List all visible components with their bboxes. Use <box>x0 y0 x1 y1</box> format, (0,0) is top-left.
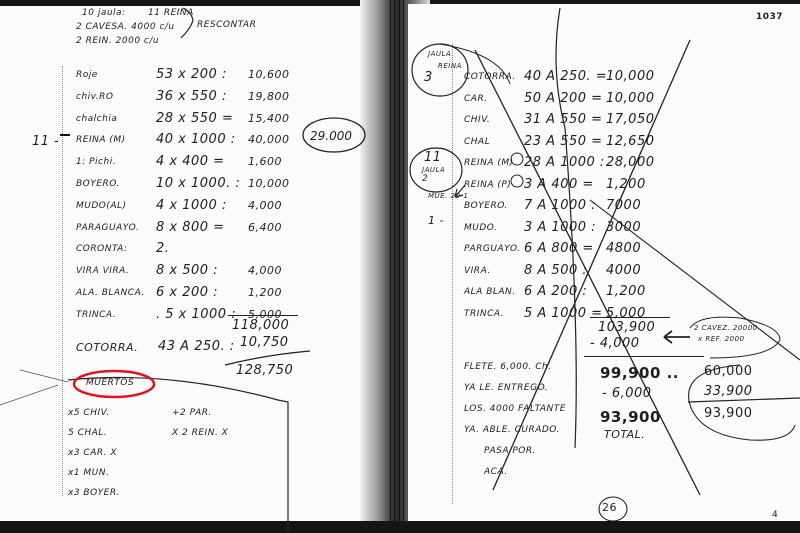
item-calc: 23 A 550 = <box>524 134 603 149</box>
note-line: PASA POR. <box>484 446 536 456</box>
right-total-label: TOTAL. <box>604 428 645 441</box>
right-total: 93,900 <box>600 408 661 426</box>
item-name: CAR. <box>464 94 488 104</box>
muertos-item: +2 PAR. <box>172 408 212 418</box>
item-total: 1,600 <box>248 155 282 168</box>
item-name: PARAGUAYO. <box>76 223 139 233</box>
left-notebook-page: 10 jaula: 11 REINA 2 CAVESA. 4000 c/u 2 … <box>0 6 372 526</box>
item-name: MUDO. <box>464 223 497 233</box>
item-total: 4800 <box>606 241 641 256</box>
spine-line <box>403 0 404 533</box>
margin-note-11: 11 - <box>32 134 59 149</box>
item-calc: 6 A 200 : <box>524 284 587 299</box>
side-box-line-1: 2 CAVEZ. 20000 <box>694 324 758 332</box>
item-name: chiv.RO <box>76 92 113 102</box>
item-name: VIRA VIRA. <box>76 266 129 276</box>
item-name: CHAL <box>464 137 490 147</box>
muertos-item: x3 CAR. X <box>68 448 117 458</box>
muertos-item: 5 CHAL. <box>68 428 107 438</box>
item-total: 10,000 <box>606 91 655 106</box>
item-calc: 6 A 800 = <box>524 241 594 256</box>
muertos-label: MUERTOS <box>86 378 134 388</box>
item-total: 6,400 <box>248 221 282 234</box>
cotorra-calc: 43 A 250. : <box>158 339 235 354</box>
left-grand-total: 128,750 <box>236 363 293 378</box>
rescontar-label: RESCONTAR <box>197 20 256 30</box>
item-name: BOYERO. <box>76 179 120 189</box>
item-name: REINA (M) <box>464 158 514 168</box>
circle-note-jaula: JAULA <box>428 50 451 58</box>
item-name: ALA. BLANCA. <box>76 288 145 298</box>
right-after-minus-1: 99,900 .. <box>600 364 679 382</box>
circle-note-2: 2 <box>422 174 428 184</box>
item-total: 12,650 <box>606 134 655 149</box>
circle-note-3: 3 <box>424 70 433 85</box>
item-total: 4000 <box>606 263 641 278</box>
right-minus-1: - 4,000 <box>590 336 640 351</box>
item-calc: 3 A 400 = <box>524 177 594 192</box>
item-total: 10,000 <box>248 177 290 190</box>
item-total: 28,000 <box>606 155 655 170</box>
spine-line <box>390 0 391 533</box>
item-total: 4,000 <box>248 199 282 212</box>
item-total: 19,800 <box>248 90 290 103</box>
item-calc: 31 A 550 = <box>524 112 603 127</box>
arrow-note-mue: MUE. 20-1 <box>428 192 468 200</box>
item-calc: 40 A 250. = <box>524 69 607 84</box>
right-subtotal: 103,900 <box>598 320 655 335</box>
item-name: CHIV. <box>464 115 490 125</box>
muertos-item: x3 BOYER. <box>68 488 120 498</box>
item-name: REINA (M) <box>76 135 126 145</box>
right-margin-line <box>452 44 453 504</box>
muertos-item: x5 CHIV. <box>68 408 110 418</box>
note-line: YA LE. ENTREGO. <box>464 383 548 393</box>
item-total: 10,000 <box>606 69 655 84</box>
side-calc-sum: 93,900 <box>704 406 753 421</box>
item-total: 4,000 <box>248 264 282 277</box>
item-calc: 8 x 500 : <box>156 263 218 278</box>
item-name: Roje <box>76 70 98 80</box>
item-name: MUDO(AL) <box>76 201 127 211</box>
item-calc: 8 A 500 : <box>524 263 587 278</box>
item-name: BOYERO. <box>464 201 508 211</box>
item-total: 1,200 <box>606 284 646 299</box>
item-name: REINA (P) <box>464 180 511 190</box>
note-line: FLETE. 6,000. Ch. <box>464 362 552 372</box>
right-minus-2: - 6,000 <box>602 386 652 401</box>
item-name: TRINCA. <box>464 309 504 319</box>
subtotal-underline <box>228 315 298 316</box>
item-name: PARGUAYO. <box>464 244 521 254</box>
dash-one-note: 1 - <box>428 214 444 227</box>
item-calc: 3 A 1000 : <box>524 220 596 235</box>
cotorra-name: COTORRA. <box>76 341 138 354</box>
item-calc: . 5 x 1000 : <box>156 307 236 322</box>
item-name: TRINCA. <box>76 310 116 320</box>
page-number-circled: 26 <box>602 501 617 514</box>
circle-note-11: 11 <box>424 150 442 165</box>
right-subtotal-underline <box>590 317 670 318</box>
scan-edge-bottom <box>0 521 800 533</box>
muertos-item: x1 MUN. <box>68 468 109 478</box>
header-note-4: 2 REIN. 2000 c/u <box>76 36 159 46</box>
item-name: chalchia <box>76 114 117 124</box>
item-total: 40,000 <box>248 133 290 146</box>
item-calc: 7 A 1000 : <box>524 198 596 213</box>
item-name: ALA BLAN. <box>464 287 516 297</box>
side-calc-a: 60,000 <box>704 364 753 379</box>
side-calc-b: 33,900 <box>704 384 753 399</box>
item-calc: 36 x 550 : <box>156 89 227 104</box>
item-calc: 28 A 1000 : <box>524 155 605 170</box>
item-calc: 6 x 200 : <box>156 285 218 300</box>
item-calc: 40 x 1000 : <box>156 132 236 147</box>
header-note-1: 10 jaula: <box>82 8 126 18</box>
circle-note-reina: REINA <box>438 62 462 70</box>
page-number-bottom: 4 <box>772 510 778 520</box>
item-name: 1: Pichi. <box>76 157 116 167</box>
page-number-top: 1037 <box>756 12 783 22</box>
item-total: 17,050 <box>606 112 655 127</box>
item-total: 5,000 <box>606 306 646 321</box>
item-calc: 50 A 200 = <box>524 91 603 106</box>
header-note-3: 2 CAVESA. 4000 c/u <box>76 22 175 32</box>
item-calc: 2. <box>156 241 169 256</box>
circle-note-jaula-2: JAULA <box>422 166 445 174</box>
item-calc: 8 x 800 = <box>156 220 225 235</box>
minus-1-underline <box>584 356 704 357</box>
item-total: 15,400 <box>248 112 290 125</box>
item-calc: 53 x 200 : <box>156 67 227 82</box>
note-line: LOS. 4000 FALTANTE <box>464 404 566 414</box>
item-total: 10,600 <box>248 68 290 81</box>
item-total: 1,200 <box>248 286 282 299</box>
note-line: YA. ABLE. CURADO. <box>464 425 560 435</box>
item-calc: 28 x 550 = <box>156 111 233 126</box>
note-line: ACA. <box>484 467 508 477</box>
spine-line <box>399 0 400 533</box>
left-margin-line <box>62 66 63 496</box>
item-calc: 4 x 1000 : <box>156 198 227 213</box>
spine-line <box>394 0 395 533</box>
right-notebook-page: 1037 JAULA REINA 3 11 JAULA 2 MUE. 20-1 … <box>408 4 800 524</box>
muertos-item: X 2 REIN. X <box>172 428 228 438</box>
cotorra-total: 10,750 <box>240 335 289 350</box>
item-total: 3000 <box>606 220 641 235</box>
item-total: 7000 <box>606 198 641 213</box>
header-note-2: 11 REINA <box>148 8 194 18</box>
item-name: COTORRA. <box>464 72 516 82</box>
item-calc: 10 x 1000. : <box>156 176 240 191</box>
item-total: 1,200 <box>606 177 646 192</box>
item-name: VIRA. <box>464 266 491 276</box>
left-subtotal: 118,000 <box>232 318 289 333</box>
side-box-line-2: x REF. 2000 <box>698 335 745 343</box>
item-calc: 5 A 1000 = <box>524 306 603 321</box>
item-name: CORONTA: <box>76 244 127 254</box>
item-calc: 4 x 400 = <box>156 154 225 169</box>
